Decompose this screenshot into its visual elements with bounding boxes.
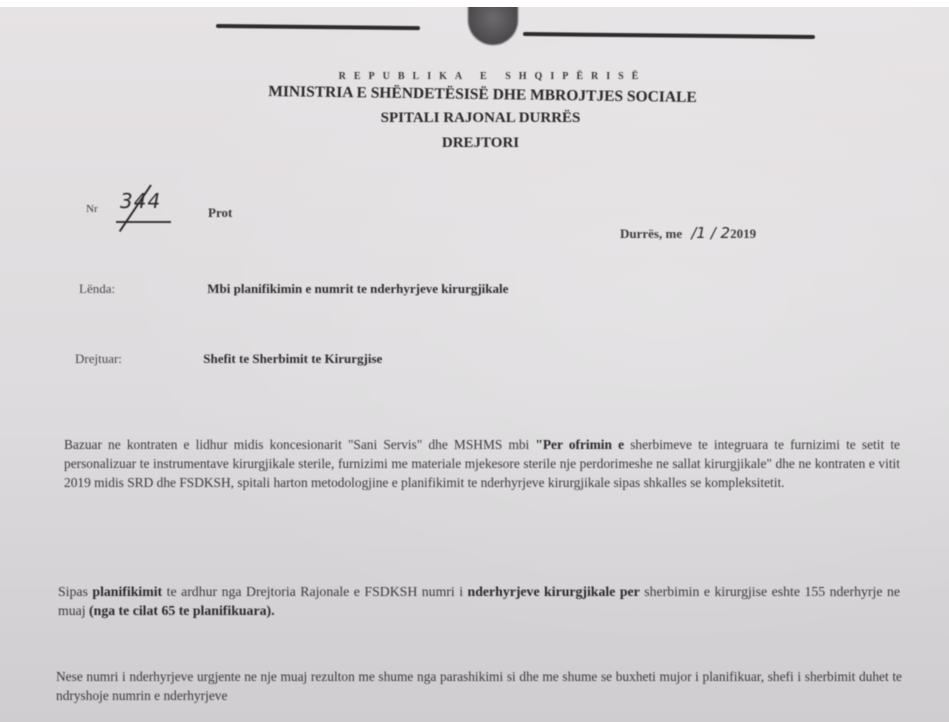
document-page: REPUBLIKA E SHQIPËRISË MINISTRIA E SHËND… [0,7,949,722]
paragraph-text-run: nderhyrjeve kirurgjikale per [468,584,640,599]
prot-label: Prot [208,205,232,221]
header-country: REPUBLIKA E SHQIPËRISË [18,71,949,82]
subject-value: Mbi planifikimin e numrit te nderhyrjeve… [207,281,508,296]
paragraph-text-run: Sipas [58,584,92,599]
subject-line: Lënda: Mbi planifikimin e numrit te nder… [79,281,508,297]
body-paragraph-2: Sipas planifikimit te ardhur nga Drejtor… [58,582,900,620]
body-paragraph-3: Nese numri i nderhyrjeve urgjente ne nje… [56,667,902,705]
header-ministry: MINISTRIA E SHËNDETËSISË DHE MBROJTJES S… [8,79,949,110]
paragraph-text-run: Nese numri i nderhyrjeve urgjente ne nje… [56,669,902,703]
recipient-line: Drejtuar: Shefit te Sherbimit te Kirurgj… [75,351,382,367]
header-rule-right [523,32,815,39]
nr-label: Nr [86,203,98,215]
paragraph-text-run: (nga te cilat 65 te planifikuara). [89,603,274,618]
recipient-label: Drejtuar: [75,351,200,367]
document-date: Durrës, me /1 / 22019 [620,224,756,242]
paragraph-text-run: Bazuar ne kontraten e lidhur midis konce… [64,437,535,452]
date-year: 2019 [730,226,756,241]
paragraph-text-run: te ardhur nga Drejtoria Rajonale e FSDKS… [162,584,467,599]
paragraph-text-run: planifikimit [92,584,162,599]
recipient-value: Shefit te Sherbimit te Kirurgjise [203,351,382,366]
date-place-label: Durrës, me [620,226,682,241]
paragraph-text-run: "Per ofrimin e [535,437,624,452]
header-office: DREJTORI [6,135,949,152]
body-paragraph-1: Bazuar ne kontraten e lidhur midis konce… [64,435,900,493]
subject-label: Lënda: [79,281,204,297]
coat-of-arms-icon [468,7,518,45]
header-rule-left [216,24,420,30]
header-institution: SPITALI RAJONAL DURRËS [6,110,949,127]
date-handwritten: /1 / 2 [691,224,730,242]
